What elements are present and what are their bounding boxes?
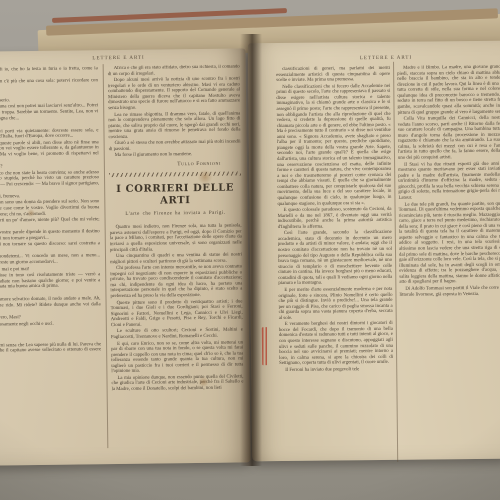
red-pencil-margin-mark (262, 327, 268, 365)
paragraph: Madre e il Bimbo. La madre, una giovane … (397, 64, 500, 115)
paragraph: — Al mondo per me non c'è più che una co… (0, 78, 98, 91)
paragraph: — Volete dunque rapporti un po' d'amore,… (0, 217, 100, 230)
paragraph: Africa e che gli era stato affidato, die… (108, 64, 240, 77)
right-page: LETTERE E ARTI classificazioni di generi… (248, 41, 500, 462)
divider-ornament-row (109, 172, 241, 178)
paragraph: classificazioni di generi, ma parlami de… (276, 66, 390, 84)
paragraph: Dopo alcuni mesi arrivò la notizia di un… (108, 77, 240, 112)
paragraph: E qui, caro Enrico, non so se, come altr… (111, 340, 243, 375)
paragraph: E questo colossale paradosso, sostenuto … (278, 207, 392, 230)
left-page-column-2: Africa e che gli era stato affidato, die… (108, 64, 245, 464)
paragraph: — E pensate che dalle vostre parole dipe… (0, 229, 100, 242)
left-page-column-1: — Bisogna che vi guardi io, che ho la te… (0, 66, 103, 464)
paragraph: Il Ferroni ha inviato due pregevoli tele (279, 367, 393, 374)
paragraph: — Ebbene — e lo disse in tono così risol… (0, 272, 100, 291)
paragraph: Il Stasi vi ha due ritratti esposti già … (398, 161, 500, 201)
author-signature: Tullo Fornioni (109, 160, 241, 168)
paragraph: La mia opinione dunque, non essendo punt… (111, 374, 243, 392)
paragraph: — Che io vi prenda, vi porti via quietam… (0, 128, 99, 141)
article-body-text: Madre e il Bimbo. La madre, una giovane … (397, 64, 500, 297)
paragraph: — Siate pietosa e rispondetemi... Vi con… (0, 254, 100, 267)
left-page: LETTERE E ARTI — Bisogna che vi guardi i… (0, 48, 251, 465)
closing-paragraph: Passarono parecchi giorni senza che Lea … (0, 342, 101, 361)
paragraph: Una cinquantina di quadri e una ventina … (110, 253, 242, 266)
paragraph: E veramente borghesi dei nostri dintorni… (279, 321, 393, 367)
running-header: LETTERE E ARTI (64, 55, 174, 61)
running-header: LETTERE E ARTI (331, 55, 441, 61)
article-body-text: classificazioni di generi, ma parlami de… (276, 66, 393, 374)
paragraph: — Arrivederci: il mio amore selvatico do… (0, 297, 101, 316)
paragraph: Giurò a sè stessa che non avrebbe attizz… (109, 140, 241, 153)
photo-open-periodical: LETTERE E ARTI — Bisogna che vi guardi i… (0, 0, 500, 500)
article-body-text: Quattro mesi indietro, non Firenze sola,… (110, 224, 244, 393)
dialogue-text: — Bisogna che vi guardi io, che ho la te… (0, 66, 101, 335)
paragraph: E per merito d'arte essenzialmente moder… (278, 287, 392, 322)
paragraph: — Mio caro Masi, io non sono una donna d… (0, 200, 100, 219)
article-title: I CORRIERI DELLE ARTI (109, 183, 241, 208)
paragraph: Le due tele più grandi, fra quante parti… (398, 201, 500, 286)
paragraph: — Per voi no, perchè io una così non pot… (0, 104, 98, 123)
paragraph: Nelle classificazioni che si fecero dall… (276, 84, 391, 208)
article-ending-text: Africa e che gli era stato affidato, die… (108, 64, 241, 159)
paragraph: Le sculture di otto scultori; Cecioni e … (111, 328, 243, 341)
paragraph: — Bisogna che vi guardi io, che ho la te… (0, 66, 98, 79)
paragraph: Di Adolfo Tommasi son partiti il Viale c… (399, 285, 500, 297)
article-subtitle: L'arte che Firenze ha inviata a Parigi. (109, 211, 241, 218)
paragraph: Lea, ancillata stupita a queste parole s… (0, 140, 99, 164)
paragraph: Queste pitture sono il prodotto di venti… (111, 299, 243, 328)
paragraph: Lea ne rimase sbigottita. Il dramma vero… (108, 111, 240, 140)
paragraph: Chi professa l'arte con intento mercanti… (110, 265, 242, 300)
paragraph: Colla Vita tranquilla dei Cannicci, dell… (398, 115, 500, 161)
paragraph: Quattro mesi indietro, non Firenze sola,… (110, 224, 242, 253)
paragraph: Ma forse il giuramento non lo mantiene. (109, 152, 241, 159)
paragraph: — È cosa vostra. Capisco che non siate l… (0, 170, 99, 194)
right-page-column-1: classificazioni di generi, ma parlami de… (276, 66, 394, 457)
right-page-column-2: Madre e il Bimbo. La madre, una giovane … (397, 64, 500, 459)
paragraph: Così l'arte grande, secondo la classific… (278, 230, 393, 287)
paragraph: — Mai! Vi ho detto di non tornare su que… (0, 242, 100, 255)
